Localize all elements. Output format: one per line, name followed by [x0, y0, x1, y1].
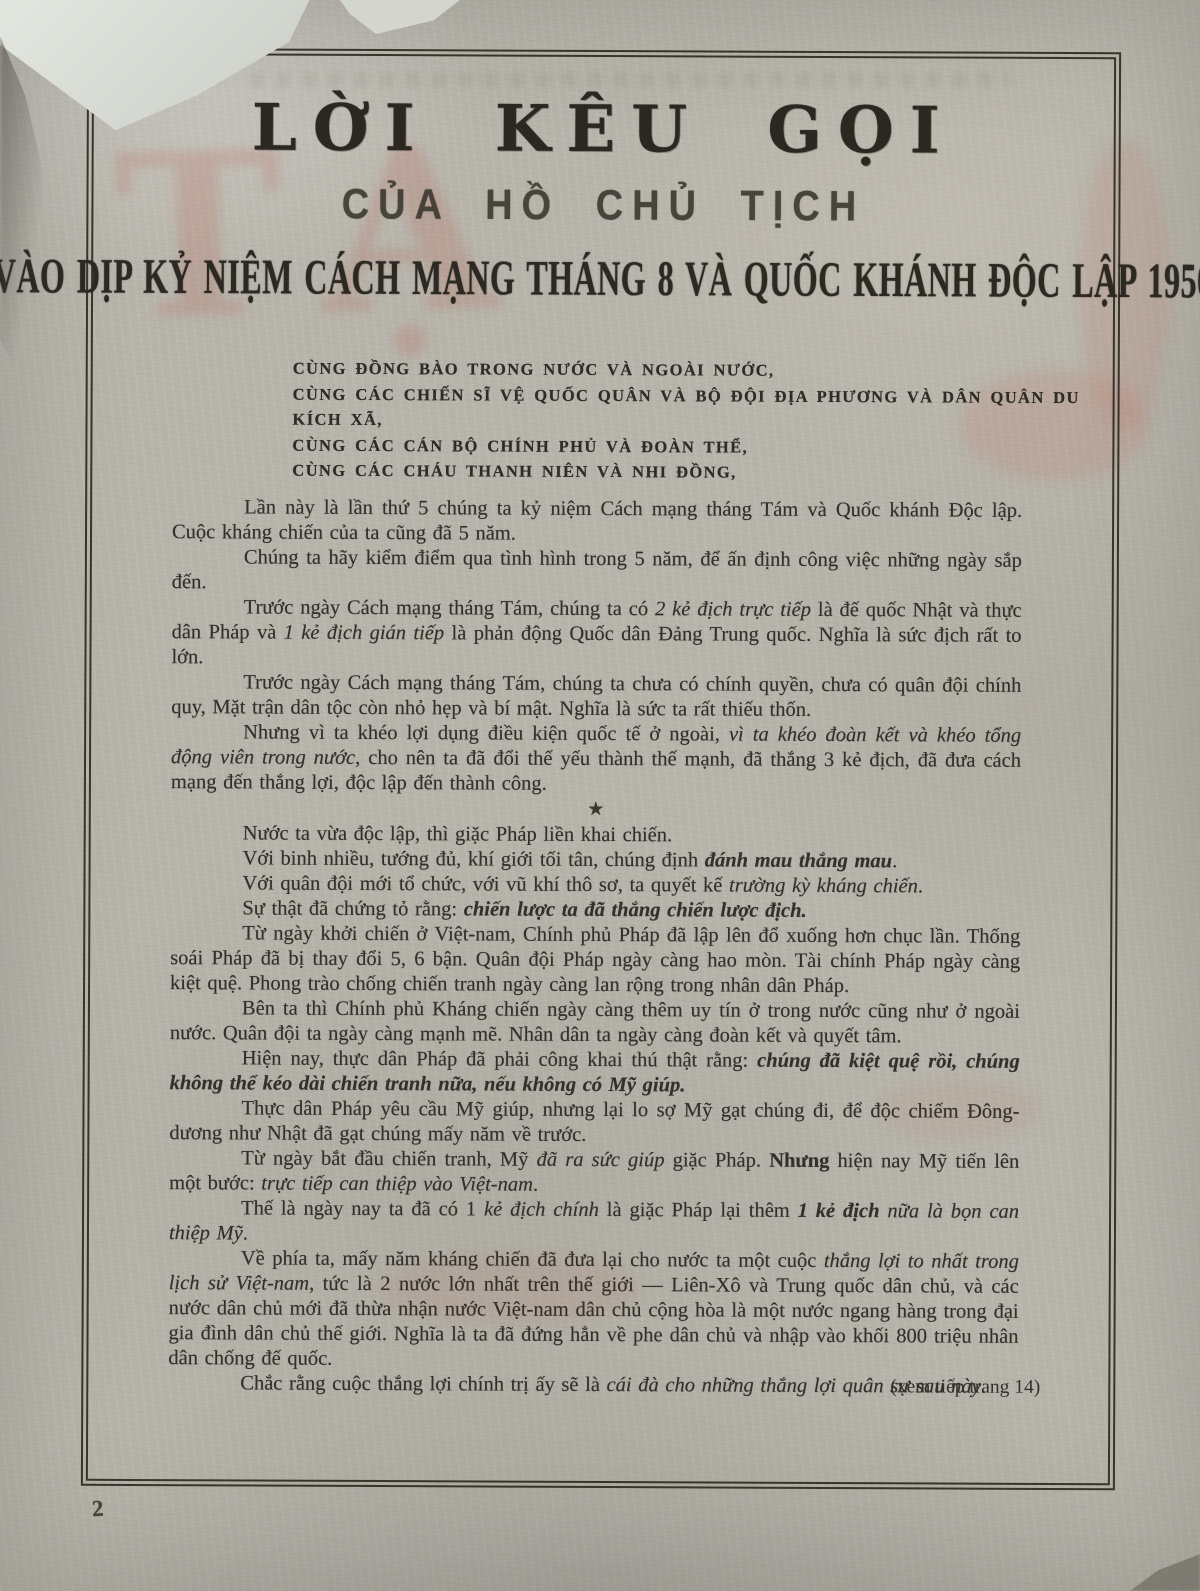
salutation-line: CÙNG ĐỒNG BÀO TRONG NƯỚC VÀ NGOÀI NƯỚC,: [293, 356, 1113, 385]
text-segment: Chắc rằng cuộc thắng lợi chính trị ấy sẽ…: [240, 1372, 606, 1396]
document-headline: VÀO DỊP KỶ NIỆM CÁCH MẠNG THÁNG 8 VÀ QUỐ…: [93, 247, 1113, 309]
paragraph: Chúng ta hãy kiểm điểm qua tình hình tro…: [172, 545, 1022, 599]
paragraph: Sự thật đã chứng tỏ rằng: chiến lược ta …: [170, 896, 1020, 925]
salutation-line: CÙNG CÁC CHÁU THANH NIÊN VÀ NHI ĐỒNG,: [292, 458, 1112, 487]
text-segment: Với binh nhiều, tướng đủ, khí giới tối t…: [243, 847, 705, 871]
headline-text: VÀO DỊP KỶ NIỆM CÁCH MẠNG THÁNG 8 VÀ QUỐ…: [0, 247, 1200, 310]
text-segment: giặc Pháp.: [664, 1149, 769, 1171]
text-segment: Thực dân Pháp yêu cầu Mỹ giúp, nhưng lại…: [169, 1097, 1019, 1146]
text-segment: Thế là ngày nay ta đã có 1: [241, 1197, 484, 1220]
star-divider: ★: [171, 795, 1021, 825]
paragraph: Trước ngày Cách mạng tháng Tám, chúng ta…: [171, 595, 1021, 674]
text-segment: Bên ta thì Chính phủ Kháng chiến ngày cà…: [170, 997, 1020, 1047]
paragraph: Với binh nhiều, tướng đủ, khí giới tối t…: [171, 846, 1021, 875]
double-rule-frame: LỜI KÊU GỌI CỦA HỒ CHỦ TỊCH VÀO DỊP KỶ N…: [81, 48, 1121, 1490]
document-title: LỜI KÊU GỌI: [94, 89, 1114, 171]
paragraph: Từ ngày bắt đầu chiến tranh, Mỹ đã ra sứ…: [169, 1146, 1019, 1200]
text-segment: trực tiếp can thiệp vào Việt-nam: [261, 1172, 533, 1195]
paragraph: Thực dân Pháp yêu cầu Mỹ giúp, nhưng lại…: [169, 1096, 1019, 1150]
salutation-line: CÙNG CÁC CHIẾN SĨ VỆ QUỐC QUÂN VÀ BỘ ĐỘI…: [292, 381, 1112, 436]
text-segment: .: [892, 850, 897, 872]
text-segment: Nhưng: [769, 1149, 829, 1171]
paragraph: Hiện nay, thực dân Pháp đã phải công kha…: [170, 1046, 1020, 1100]
text-segment: Từ ngày bắt đầu chiến tranh, Mỹ: [241, 1147, 536, 1170]
text-segment: kẻ địch chính: [484, 1198, 599, 1221]
text-segment: .: [533, 1173, 538, 1195]
text-segment: trường kỳ kháng chiến: [729, 874, 918, 897]
paragraph: Lần này là lần thứ 5 chúng ta kỷ niệm Cá…: [172, 495, 1022, 549]
page-number: 2: [91, 1496, 104, 1523]
salutation-block: CÙNG ĐỒNG BÀO TRONG NƯỚC VÀ NGOÀI NƯỚC,C…: [292, 356, 1113, 487]
text-segment: 1 kẻ địch: [798, 1199, 880, 1221]
frame-inner-rule: LỜI KÊU GỌI CỦA HỒ CHỦ TỊCH VÀO DỊP KỶ N…: [86, 53, 1116, 1485]
left-edge-shadow: [0, 36, 46, 366]
aged-paper-background: TẠ LỜI KÊU GỌI CỦA HỒ CHỦ TỊCH VÀO DỊP K…: [0, 0, 1200, 1591]
text-segment: đã ra sức giúp: [537, 1148, 665, 1171]
text-segment: Với quân đội mới tổ chức, với vũ khí thô…: [242, 872, 729, 896]
text-segment: Trước ngày Cách mạng tháng Tám, chúng ta…: [171, 671, 1021, 720]
text-segment: 1 kẻ địch gián tiếp: [284, 621, 445, 644]
body-paragraphs: Lần này là lần thứ 5 chúng ta kỷ niệm Cá…: [168, 495, 1022, 1400]
text-segment: là giặc Pháp lại thêm: [599, 1198, 798, 1221]
text-segment: đánh mau thắng mau: [705, 849, 892, 872]
text-segment: Chúng ta hãy kiểm điểm qua tình hình tro…: [172, 546, 1022, 593]
torn-edge-notch: [340, 0, 460, 34]
paragraph: Trước ngày Cách mạng tháng Tám, chúng ta…: [171, 670, 1021, 724]
paragraph: Bên ta thì Chính phủ Kháng chiến ngày cà…: [170, 996, 1020, 1050]
text-segment: Trước ngày Cách mạng tháng Tám, chúng ta…: [244, 596, 655, 620]
document-subtitle: CỦA HỒ CHỦ TỊCH: [93, 178, 1113, 234]
text-segment: Về phía ta, mấy năm kháng chiến đã đưa l…: [241, 1247, 824, 1272]
text-segment: Từ ngày khởi chiến ở Việt-nam, Chính phủ…: [170, 922, 1020, 997]
paragraph: Nhưng vì ta khéo lợi dụng điều kiện quốc…: [171, 720, 1021, 799]
text-segment: .: [243, 1222, 248, 1244]
paragraph: Nước ta vừa độc lập, thì giặc Pháp liền …: [171, 821, 1021, 850]
paragraph: Từ ngày khởi chiến ở Việt-nam, Chính phủ…: [170, 921, 1020, 1000]
text-segment: .: [918, 875, 923, 897]
text-segment: chiến lược ta đã thắng chiến lược địch.: [464, 898, 807, 921]
text-segment: Nhưng vì ta khéo lợi dụng điều kiện quốc…: [243, 721, 729, 745]
salutation-line: CÙNG CÁC CÁN BỘ CHÍNH PHỦ VÀ ĐOÀN THỂ,: [292, 432, 1112, 461]
torn-corner-bottom-right: [1130, 1545, 1200, 1591]
text-segment: 2 kẻ địch trực tiếp: [655, 598, 811, 621]
text-segment: Hiện nay, thực dân Pháp đã phải công kha…: [242, 1047, 758, 1071]
text-segment: Nước ta vừa độc lập, thì giặc Pháp liền …: [243, 822, 673, 846]
paragraph: Thế là ngày nay ta đã có 1 kẻ địch chính…: [169, 1196, 1019, 1250]
text-segment: Lần này là lần thứ 5 chúng ta kỷ niệm Cá…: [172, 496, 1022, 544]
paragraph: Với quân đội mới tổ chức, với vũ khí thô…: [170, 871, 1020, 900]
text-segment: Sự thật đã chứng tỏ rằng:: [242, 897, 463, 920]
paragraph: Về phía ta, mấy năm kháng chiến đã đưa l…: [168, 1246, 1019, 1375]
